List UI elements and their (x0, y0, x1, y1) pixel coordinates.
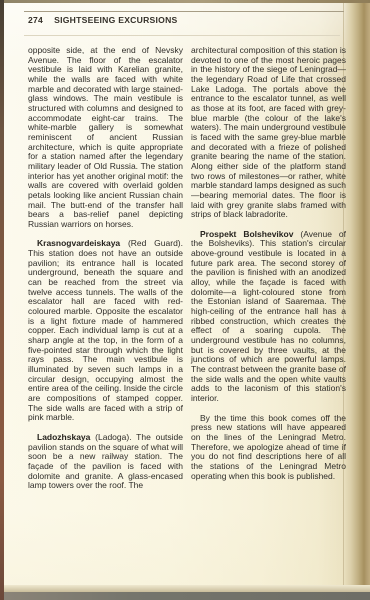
page-content: 274 SIGHTSEEING EXCURSIONS opposite side… (0, 0, 370, 600)
paragraph-continuation: architectural composition of this statio… (191, 46, 346, 220)
paragraph-text: By the time this book comes off the pres… (191, 413, 346, 481)
paragraph-text: architectural composition of this statio… (191, 45, 346, 219)
paragraph-krasnogvardeiskaya: Krasnogvardeiskaya (Red Guard). This sta… (28, 239, 183, 422)
right-column: architectural composition of this statio… (191, 46, 346, 501)
station-name: Ladozhskaya (37, 432, 90, 442)
station-name: Krasnogvardeiskaya (37, 238, 120, 248)
paragraph-text: opposite side, at the end of Nevsky Aven… (28, 45, 183, 229)
page-title: SIGHTSEEING EXCURSIONS (54, 15, 177, 25)
paragraph-text: (Avenue of the Bolsheviks). This station… (191, 229, 346, 403)
paragraph-ladozhskaya: Ladozhskaya (Ladoga). The outside pavili… (28, 433, 183, 491)
paragraph-prospekt-bolshevikov: Prospekt Bolshevikov (Avenue of the Bols… (191, 230, 346, 404)
paragraph-text: (Red Guard). This station does not have … (28, 238, 183, 422)
text-columns: opposite side, at the end of Nevsky Aven… (28, 46, 346, 501)
left-column: opposite side, at the end of Nevsky Aven… (28, 46, 183, 501)
paragraph-closing-note: By the time this book comes off the pres… (191, 414, 346, 482)
station-name: Prospekt Bolshevikov (200, 229, 293, 239)
running-head: 274 SIGHTSEEING EXCURSIONS (28, 15, 178, 25)
paragraph-text: (Ladoga). The outside pavilion stands on… (28, 432, 183, 490)
header-rule (24, 11, 344, 12)
page-number: 274 (28, 15, 43, 25)
paragraph-continuation: opposite side, at the end of Nevsky Aven… (28, 46, 183, 229)
header-rule-faint (24, 35, 340, 36)
